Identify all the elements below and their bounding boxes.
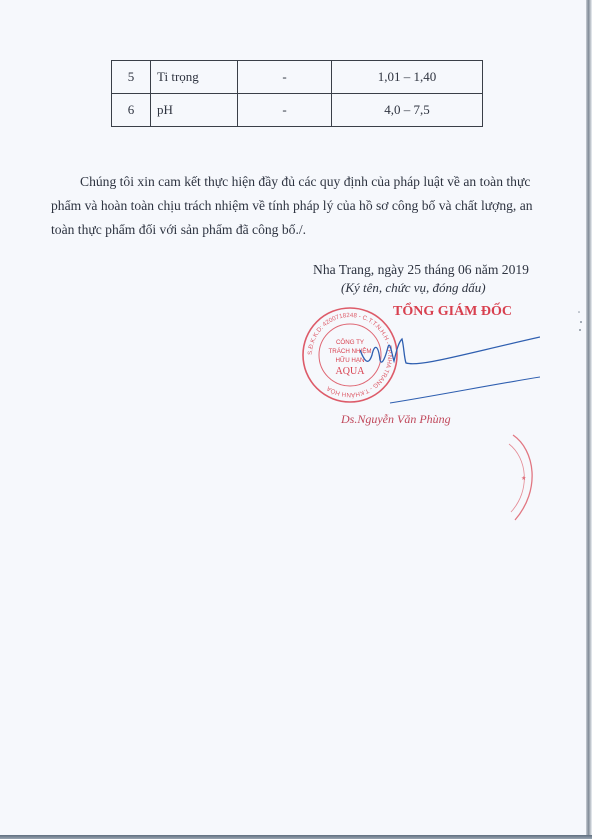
unit: - bbox=[238, 94, 332, 127]
specification-table: 5 Ti trọng - 1,01 – 1,40 6 pH - 4,0 – 7,… bbox=[111, 60, 483, 127]
svg-text:★: ★ bbox=[521, 475, 526, 482]
scan-specks-icon bbox=[576, 308, 586, 338]
unit: - bbox=[238, 61, 332, 94]
paragraph-line: Chúng tôi xin cam kết thực hiện đầy đủ c… bbox=[51, 170, 541, 194]
criterion-name: Ti trọng bbox=[151, 61, 238, 94]
signature-note: (Ký tên, chức vụ, đóng dấu) bbox=[341, 280, 486, 296]
signer-name: Ds.Nguyễn Văn Phùng bbox=[341, 412, 451, 427]
scan-edge-right bbox=[586, 0, 592, 839]
paragraph-line: phẩm và hoàn toàn chịu trách nhiệm về tí… bbox=[51, 194, 541, 218]
paragraph-line: toàn thực phẩm đối với sản phẩm đã công … bbox=[51, 218, 541, 242]
handwritten-signature-icon bbox=[360, 325, 540, 405]
document-page: 5 Ti trọng - 1,01 – 1,40 6 pH - 4,0 – 7,… bbox=[0, 0, 586, 836]
row-number: 5 bbox=[112, 61, 151, 94]
value-range: 1,01 – 1,40 bbox=[332, 61, 483, 94]
value-range: 4,0 – 7,5 bbox=[332, 94, 483, 127]
partial-stamp-icon: ★ bbox=[505, 430, 545, 525]
commitment-paragraph: Chúng tôi xin cam kết thực hiện đầy đủ c… bbox=[51, 170, 541, 242]
place-date: Nha Trang, ngày 25 tháng 06 năm 2019 bbox=[313, 262, 529, 278]
table-row: 6 pH - 4,0 – 7,5 bbox=[112, 94, 483, 127]
row-number: 6 bbox=[112, 94, 151, 127]
criterion-name: pH bbox=[151, 94, 238, 127]
scan-edge-bottom bbox=[0, 835, 592, 839]
table-row: 5 Ti trọng - 1,01 – 1,40 bbox=[112, 61, 483, 94]
signer-title: TỔNG GIÁM ĐỐC bbox=[393, 304, 512, 320]
